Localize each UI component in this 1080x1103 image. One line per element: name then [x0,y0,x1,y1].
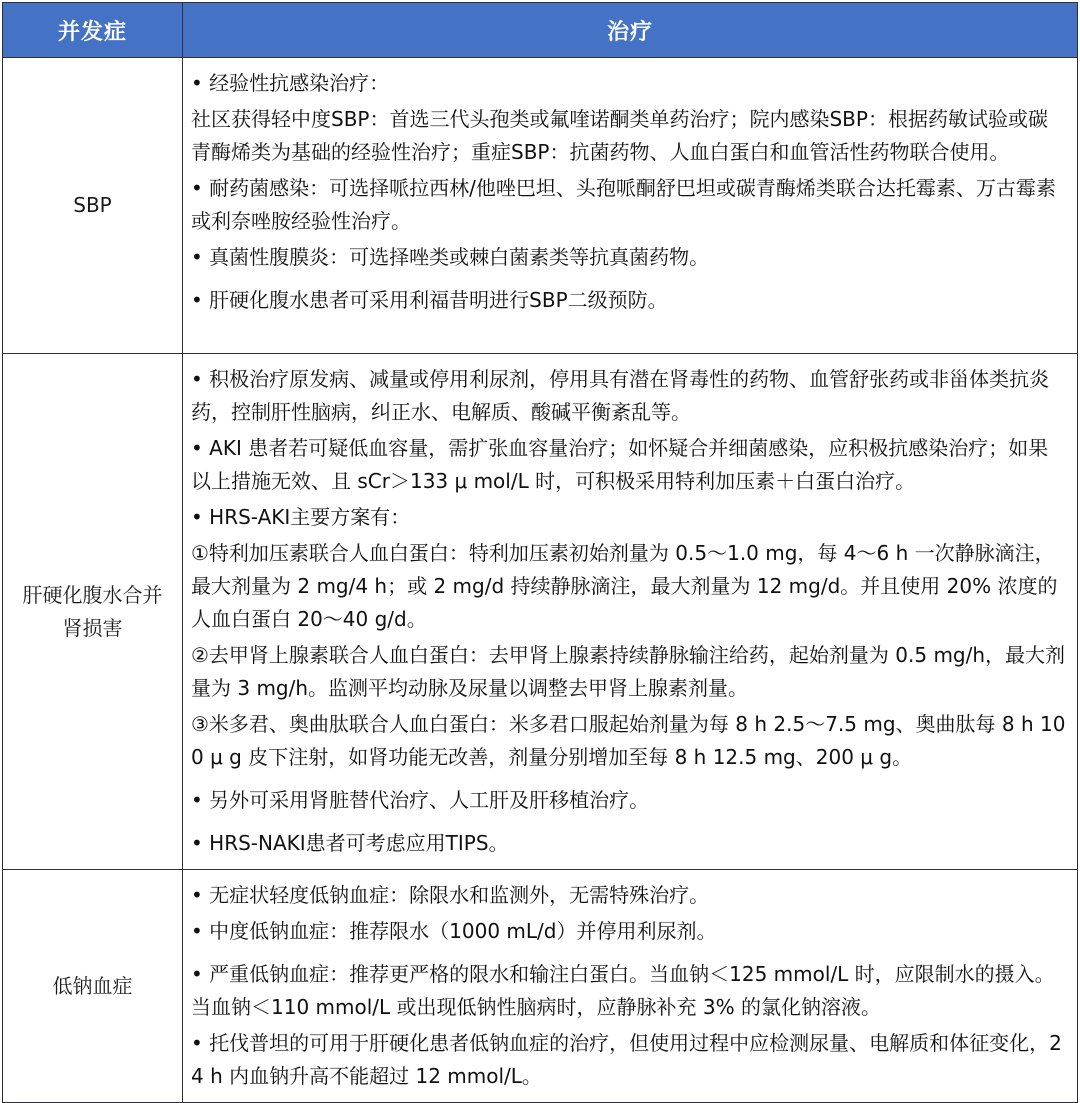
treatment-paragraph: • 真菌性腹膜炎：可选择唑类或棘白菌素类等抗真菌药物。 [191,241,1067,274]
header-treatment: 治疗 [183,3,1078,58]
header-row: 并发症 治疗 [3,3,1078,58]
treatment-cell-renal-injury: • 积极治疗原发病、减量或停用利尿剂，停用具有潜在肾毒性的药物、血管舒张药或非甾… [183,354,1078,870]
treatment-paragraph: • 另外可采用肾脏替代治疗、人工肝及肝移植治疗。 [191,784,1067,817]
table-row-renal-injury: 肝硬化腹水合并肾损害 • 积极治疗原发病、减量或停用利尿剂，停用具有潜在肾毒性的… [3,354,1078,870]
complication-label-sbp: SBP [3,58,183,354]
treatment-paragraph: • 无症状轻度低钠血症：除限水和监测外，无需特殊治疗。 [191,879,1067,912]
table-row-sbp: SBP • 经验性抗感染治疗： 社区获得轻中度SBP：首选三代头孢类或氟喹诺酮类… [3,58,1078,354]
treatment-paragraph: • 耐药菌感染：可选择哌拉西林/他唑巴坦、头孢哌酮舒巴坦或碳青酶烯类联合达托霉素… [191,172,1067,238]
treatment-paragraph: • AKI 患者若可疑低血容量，需扩张血容量治疗；如怀疑合并细菌感染，应积极抗感… [191,432,1067,498]
treatment-paragraph: ①特利加压素联合人血白蛋白：特利加压素初始剂量为 0.5～1.0 mg，每 4～… [191,537,1067,636]
treatment-paragraph: • HRS-NAKI患者可考虑应用TIPS。 [191,827,1067,860]
treatment-paragraph: • 严重低钠血症：推荐更严格的限水和输注白蛋白。当血钠＜125 mmol/L 时… [191,958,1067,1024]
treatment-paragraph: • HRS-AKI主要方案有： [191,501,1067,534]
treatment-paragraph: 社区获得轻中度SBP：首选三代头孢类或氟喹诺酮类单药治疗；院内感染SBP：根据药… [191,103,1067,169]
treatment-paragraph: • 肝硬化腹水患者可采用利福昔明进行SBP二级预防。 [191,284,1067,317]
complications-treatment-table: 并发症 治疗 SBP • 经验性抗感染治疗： 社区获得轻中度SBP：首选三代头孢… [2,2,1078,1103]
treatment-paragraph: ②去甲肾上腺素联合人血白蛋白：去甲肾上腺素持续静脉输注给药，起始剂量为 0.5 … [191,639,1067,705]
treatment-paragraph: • 积极治疗原发病、减量或停用利尿剂，停用具有潜在肾毒性的药物、血管舒张药或非甾… [191,363,1067,429]
header-complication: 并发症 [3,3,183,58]
treatment-cell-sbp: • 经验性抗感染治疗： 社区获得轻中度SBP：首选三代头孢类或氟喹诺酮类单药治疗… [183,58,1078,354]
page: 并发症 治疗 SBP • 经验性抗感染治疗： 社区获得轻中度SBP：首选三代头孢… [0,0,1080,1068]
treatment-paragraph: ③米多君、奥曲肽联合人血白蛋白：米多君口服起始剂量为每 8 h 2.5～7.5 … [191,708,1067,774]
treatment-paragraph: • 经验性抗感染治疗： [191,67,1067,100]
treatment-paragraph: • 中度低钠血症：推荐限水（1000 mL/d）并停用利尿剂。 [191,915,1067,948]
complication-label-renal-injury: 肝硬化腹水合并肾损害 [3,354,183,870]
treatment-paragraph: • 托伐普坦的可用于肝硬化患者低钠血症的治疗，但使用过程中应检测尿量、电解质和体… [191,1027,1067,1093]
